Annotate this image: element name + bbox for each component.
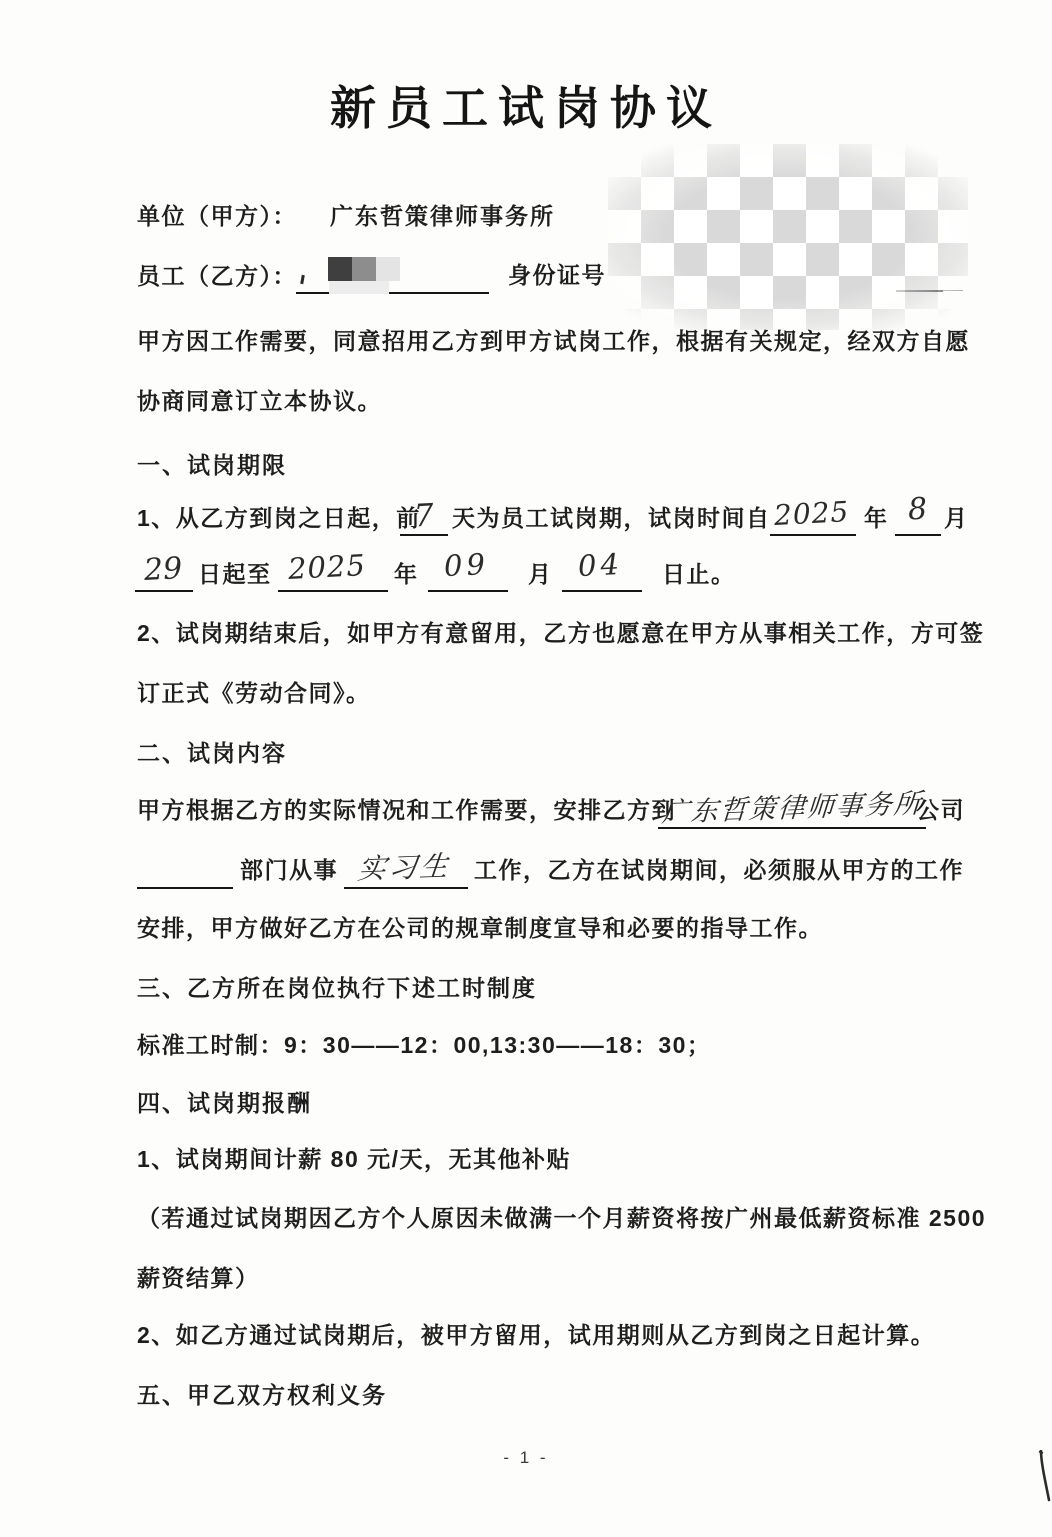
mosaic-redaction [608, 144, 968, 330]
year2-unit: 年 [394, 561, 419, 589]
s1-item1-mid: 天为员工试岗期，试岗时间自 [452, 505, 771, 533]
intro-line-1: 甲方因工作需要，同意招用乙方到甲方试岗工作，根据有关规定，经双方自愿 [137, 328, 970, 356]
s4-item1: 1、试岗期间计薪 80 元/天，无其他补贴 [137, 1146, 571, 1174]
name-redaction-block-dark [328, 257, 352, 281]
page-number: - 1 - [0, 1448, 1052, 1468]
document-title: 新员工试岗协议 [0, 72, 1052, 138]
section2-heading: 二、试岗内容 [137, 740, 287, 768]
section3-heading: 三、乙方所在岗位执行下述工时制度 [137, 975, 537, 1003]
s1-item2-line1: 2、试岗期结束后，如甲方有意留用，乙方也愿意在甲方从事相关工作，方可签 [137, 620, 984, 648]
handwritten-day1: 29 [143, 551, 183, 588]
year1-unit: 年 [864, 505, 889, 533]
s1-item1-cont: 日起至 [198, 561, 272, 589]
department-blank [137, 887, 233, 889]
handwritten-year2: 2025 [287, 548, 366, 586]
day2-blank [562, 590, 642, 592]
s4-item2: 2、如乙方通过试岗期后，被甲方留用，试用期则从乙方到岗之日起计算。 [137, 1322, 935, 1350]
party-b-label: 员工（乙方）： [137, 263, 297, 291]
handwritten-day2: 04 [577, 547, 624, 583]
party-b-name-blank [296, 292, 489, 294]
id-number-label: 身份证号 [508, 262, 606, 290]
handwritten-year1: 2025 [773, 495, 850, 532]
s2-line1-suffix: 公司 [916, 797, 965, 825]
year2-blank [278, 590, 388, 592]
intro-line-2: 协商同意订立本协议。 [137, 388, 382, 416]
name-redaction-block-light [376, 257, 400, 281]
s1-item1-pre: 1、从乙方到岗之日起，前 [137, 505, 421, 533]
document-page: 新员工试岗协议 单位（甲方）： 广东哲策律师事务所 员工（乙方）： 身份证号 甲… [0, 0, 1052, 1537]
handwritten-month1: 8 [907, 492, 928, 528]
name-redaction-block-mid [352, 257, 376, 281]
day1-blank [135, 590, 193, 592]
s2-line2-label: 部门从事 [240, 857, 338, 885]
s1-item2-line2: 订正式《劳动合同》。 [137, 680, 371, 708]
handwritten-days: 7 [413, 498, 435, 535]
scan-artifact-curve [1034, 1450, 1052, 1502]
party-a-value: 广东哲策律师事务所 [330, 203, 555, 231]
days-blank [400, 534, 448, 536]
handwritten-month2: 09 [443, 547, 490, 583]
scan-artifact-tick [300, 275, 305, 284]
handwritten-job: 实习生 [356, 844, 453, 887]
section4-heading: 四、试岗期报酬 [137, 1090, 312, 1118]
s2-line2-suffix: 工作，乙方在试岗期间，必须服从甲方的工作 [474, 857, 964, 885]
name-redaction-smear [329, 281, 389, 294]
party-a-label: 单位（甲方）： [137, 203, 297, 231]
s2-line1-pre: 甲方根据乙方的实际情况和工作需要，安排乙方到 [137, 797, 676, 825]
month1-blank [895, 534, 941, 536]
s1-item1-end: 日止。 [662, 561, 736, 589]
s2-line3: 安排，甲方做好乙方在公司的规章制度宣导和必要的指导工作。 [137, 915, 823, 943]
month1-unit: 月 [944, 505, 969, 533]
section1-heading: 一、试岗期限 [137, 452, 287, 480]
year1-blank [770, 534, 856, 536]
handwritten-company: 广东哲策律师事务所 [661, 781, 925, 829]
s4-note-line2: 薪资结算） [137, 1265, 260, 1293]
s4-note-line1: （若通过试岗期因乙方个人原因未做满一个月薪资将按广州最低薪资标准 2500 [137, 1205, 986, 1233]
month2-unit: 月 [528, 561, 553, 589]
s3-schedule: 标准工时制：9：30——12：00,13:30——18：30； [137, 1032, 711, 1060]
month2-blank [428, 590, 508, 592]
section5-heading: 五、甲乙双方权利义务 [137, 1382, 387, 1410]
